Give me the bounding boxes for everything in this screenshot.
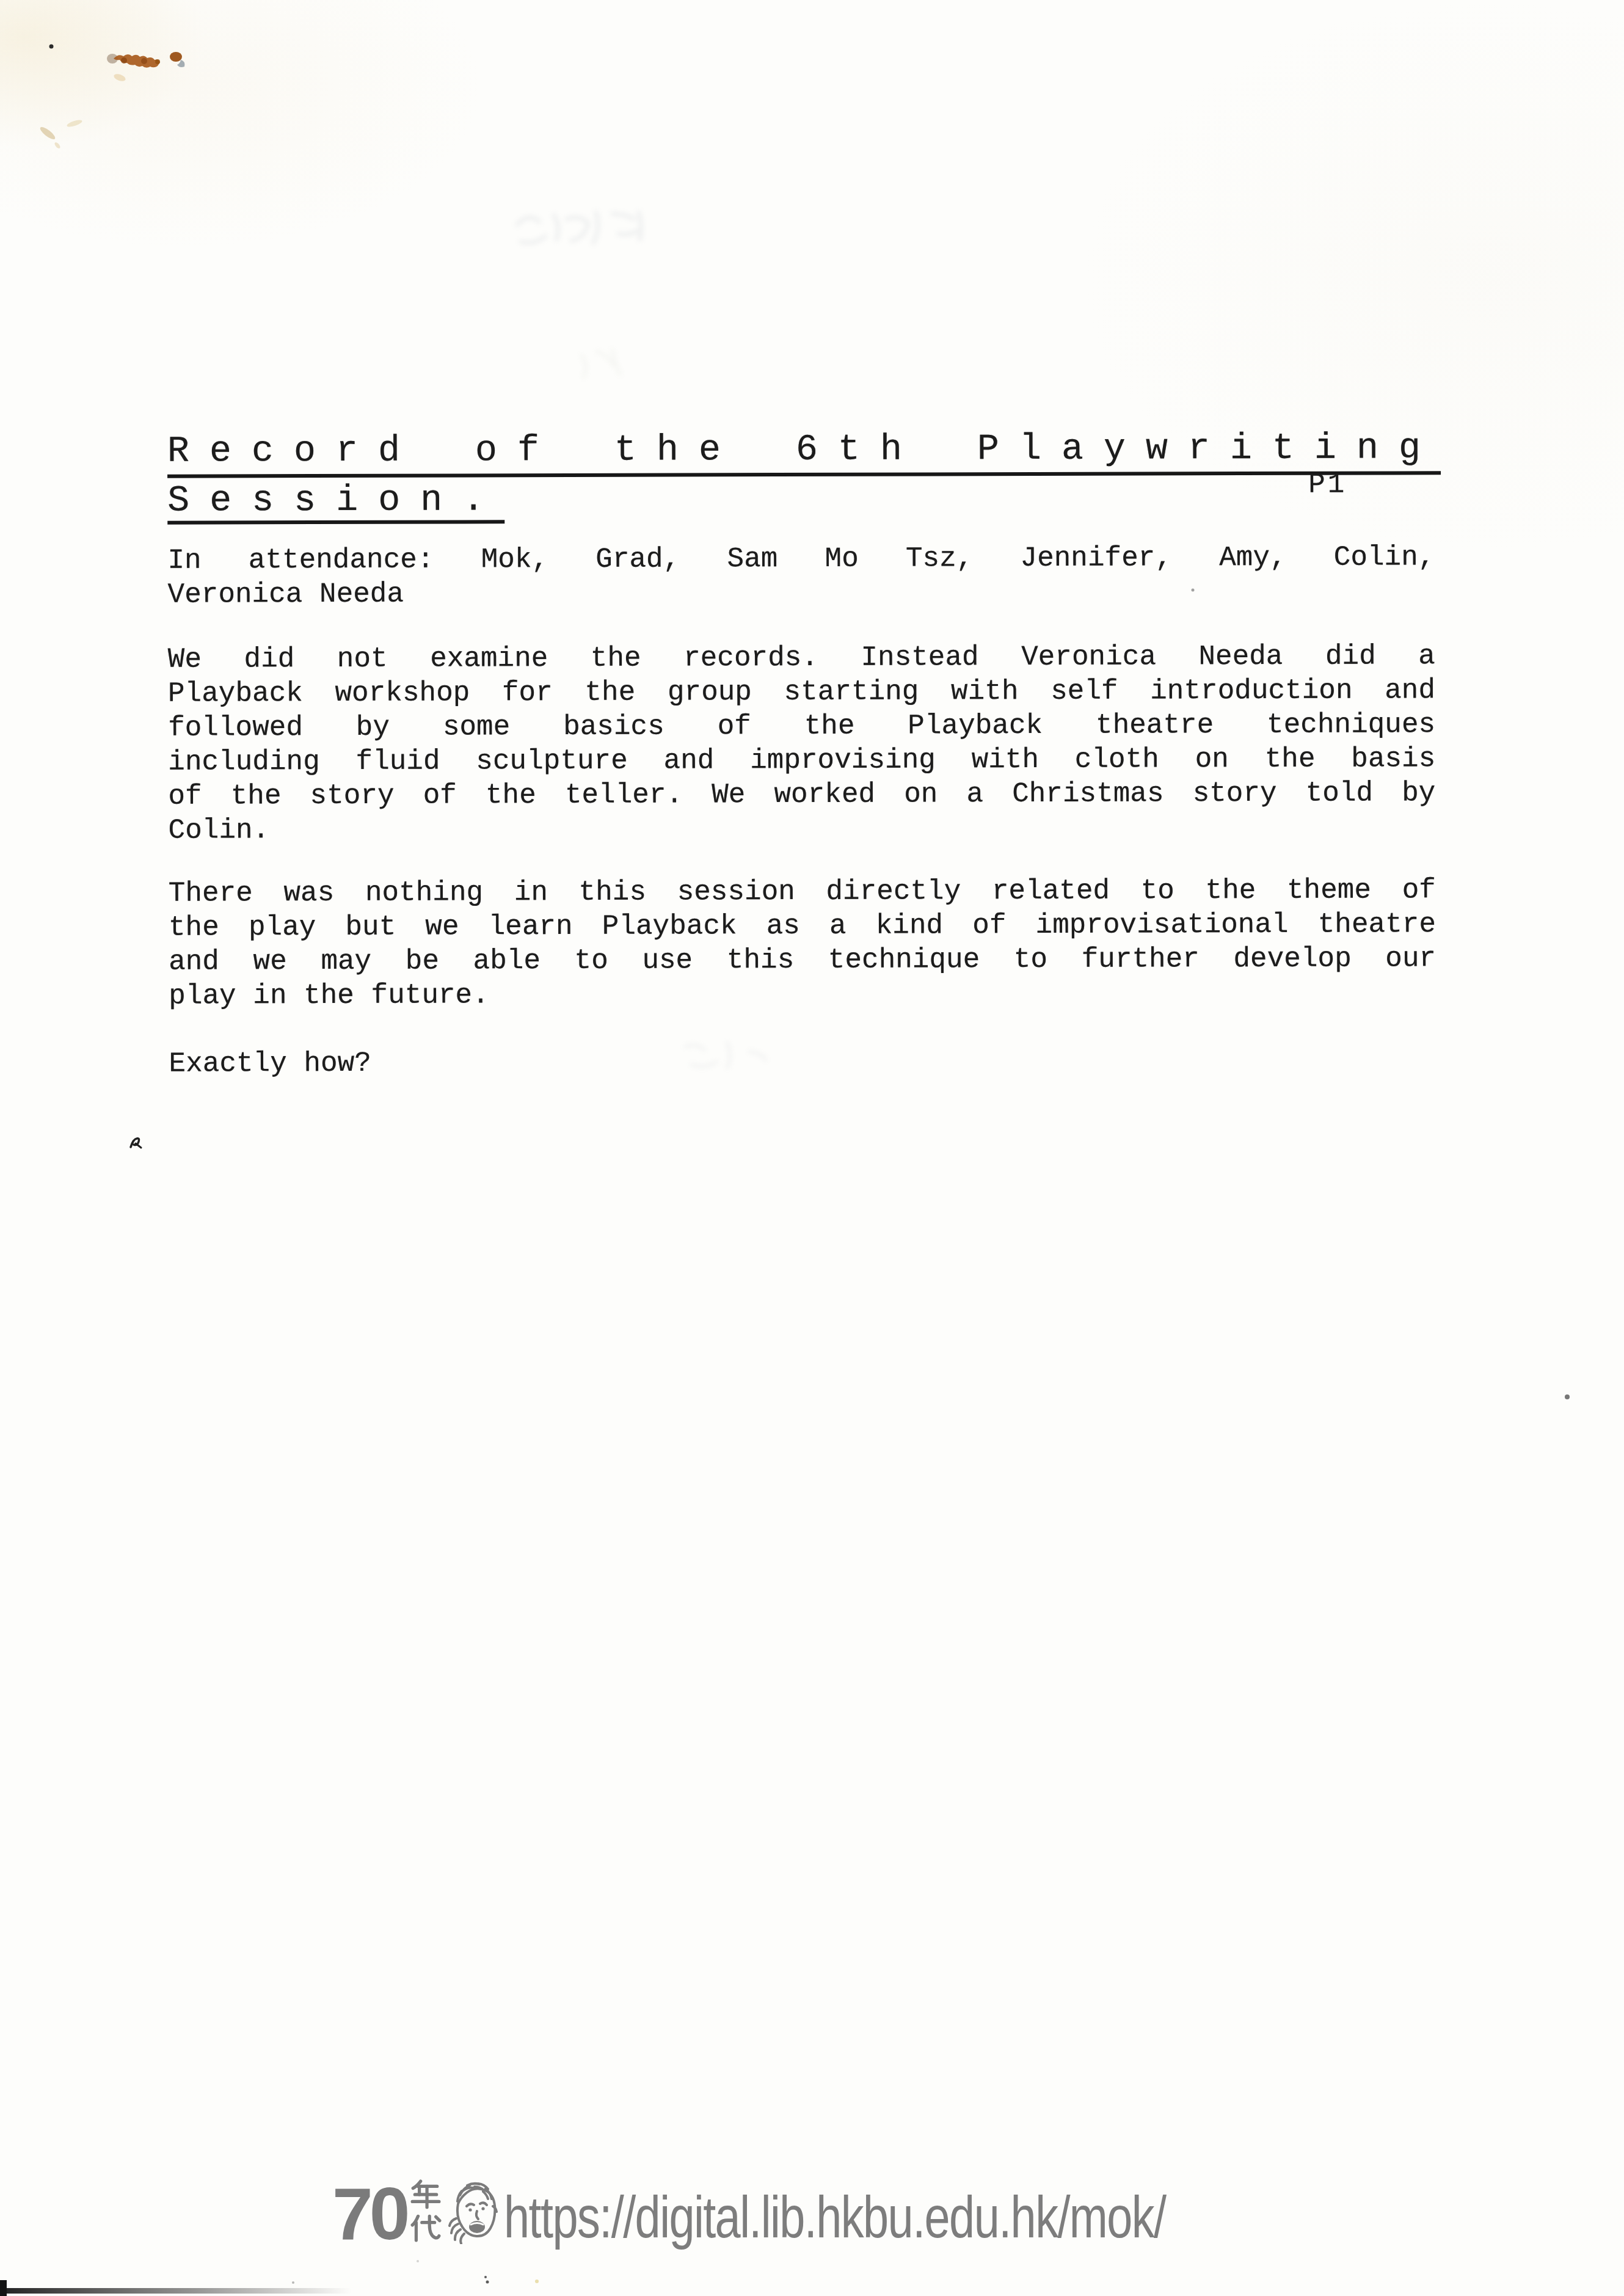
typewritten-content: Record of the 6th Playwriting Session. P… — [166, 0, 1446, 2296]
attendance-paragraph: In attendance: Mok, Grad, Sam Mo Tsz, Je… — [167, 540, 1435, 611]
document-title: Record of the 6th Playwriting Session. — [167, 429, 1441, 524]
scanned-document-page: Record of the 6th Playwriting Session. P… — [0, 0, 1624, 2296]
ink-squiggle — [131, 1139, 141, 1148]
text-line: Playback workshop for the group starting… — [168, 673, 1435, 710]
text-line: and we may be able to use this technique… — [169, 941, 1436, 979]
text-line: Veronica Needa — [167, 574, 1435, 611]
watermark-footer: 70 — [332, 2167, 1353, 2244]
closing-question: Exactly how? — [169, 1043, 1436, 1081]
text-line: play in the future. — [169, 975, 1436, 1013]
body-paragraph-1: We did not examine the records. Instead … — [168, 639, 1436, 847]
logo-chinese-chars-icon — [410, 2179, 442, 2243]
text-line: We did not examine the records. Instead … — [168, 639, 1435, 676]
text-line: Colin. — [168, 810, 1435, 847]
text-line: Exactly how? — [169, 1043, 1436, 1081]
body-paragraph-2: There was nothing in this session direct… — [169, 873, 1436, 1013]
ink-speck — [49, 45, 54, 49]
title-line-2-row: Session. — [167, 481, 1441, 524]
watermark-url: https://digital.lib.hkbu.edu.hk/mok/ — [504, 2193, 1166, 2242]
text-line: In attendance: Mok, Grad, Sam Mo Tsz, Je… — [167, 540, 1435, 577]
text-line: including fluid sculpture and improvisin… — [168, 742, 1435, 779]
paper-scratches — [38, 118, 82, 149]
ink-dot — [1565, 1394, 1570, 1399]
text-line: There was nothing in this session direct… — [169, 873, 1436, 910]
page-number: P1 — [1308, 469, 1347, 501]
text-line: of the story of the teller. We worked on… — [168, 776, 1435, 813]
text-line: the play but we learn Playback as a kind… — [169, 907, 1436, 944]
title-line-2: Session. — [167, 483, 504, 524]
text-line: followed by some basics of the Playback … — [168, 707, 1435, 745]
logo-number: 70 — [332, 2184, 406, 2244]
screaming-face-icon — [443, 2178, 498, 2244]
title-line-1: Record of the 6th Playwriting — [167, 429, 1441, 478]
